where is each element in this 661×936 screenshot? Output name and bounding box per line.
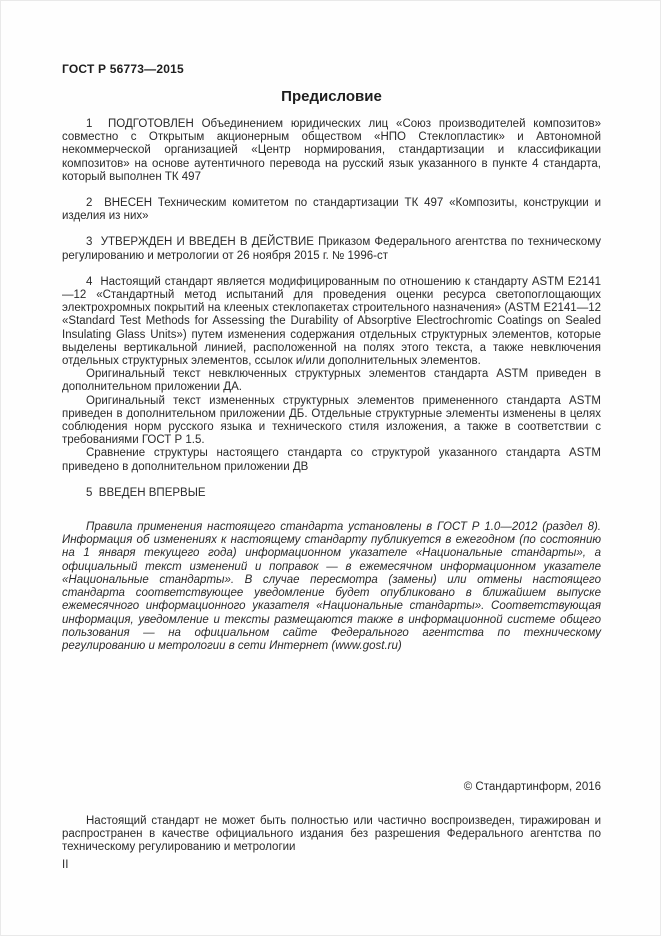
reproduction-restriction-notice: Настоящий стандарт не может быть полност… — [62, 815, 601, 855]
document-code: ГОСТ Р 56773—2015 — [62, 62, 601, 76]
foreword-item-4-subparagraph: Оригинальный текст невключенных структур… — [62, 368, 601, 394]
page-title: Предисловие — [62, 88, 601, 105]
application-rules-note: Правила применения настоящего стандарта … — [62, 521, 601, 653]
foreword-body: 1 ПОДГОТОВЛЕН Объединением юридических л… — [62, 118, 601, 653]
foreword-item-2: 2 ВНЕСЕН Техническим комитетом по станда… — [62, 197, 601, 223]
foreword-item-4: 4 Настоящий стандарт является модифициро… — [62, 276, 601, 368]
foreword-item-1: 1 ПОДГОТОВЛЕН Объединением юридических л… — [62, 118, 601, 184]
foreword-item-4-subparagraph: Оригинальный текст измененных структурны… — [62, 395, 601, 448]
foreword-item-3: 3 УТВЕРЖДЕН И ВВЕДЕН В ДЕЙСТВИЕ Приказом… — [62, 236, 601, 262]
page-number: II — [62, 859, 68, 871]
document-page: ГОСТ Р 56773—2015 Предисловие 1 ПОДГОТОВ… — [0, 0, 661, 936]
foreword-item-4-subparagraph: Сравнение структуры настоящего стандарта… — [62, 447, 601, 473]
copyright-notice: © Стандартинформ, 2016 — [464, 781, 601, 793]
foreword-item-5: 5 ВВЕДЕН ВПЕРВЫЕ — [62, 487, 601, 500]
